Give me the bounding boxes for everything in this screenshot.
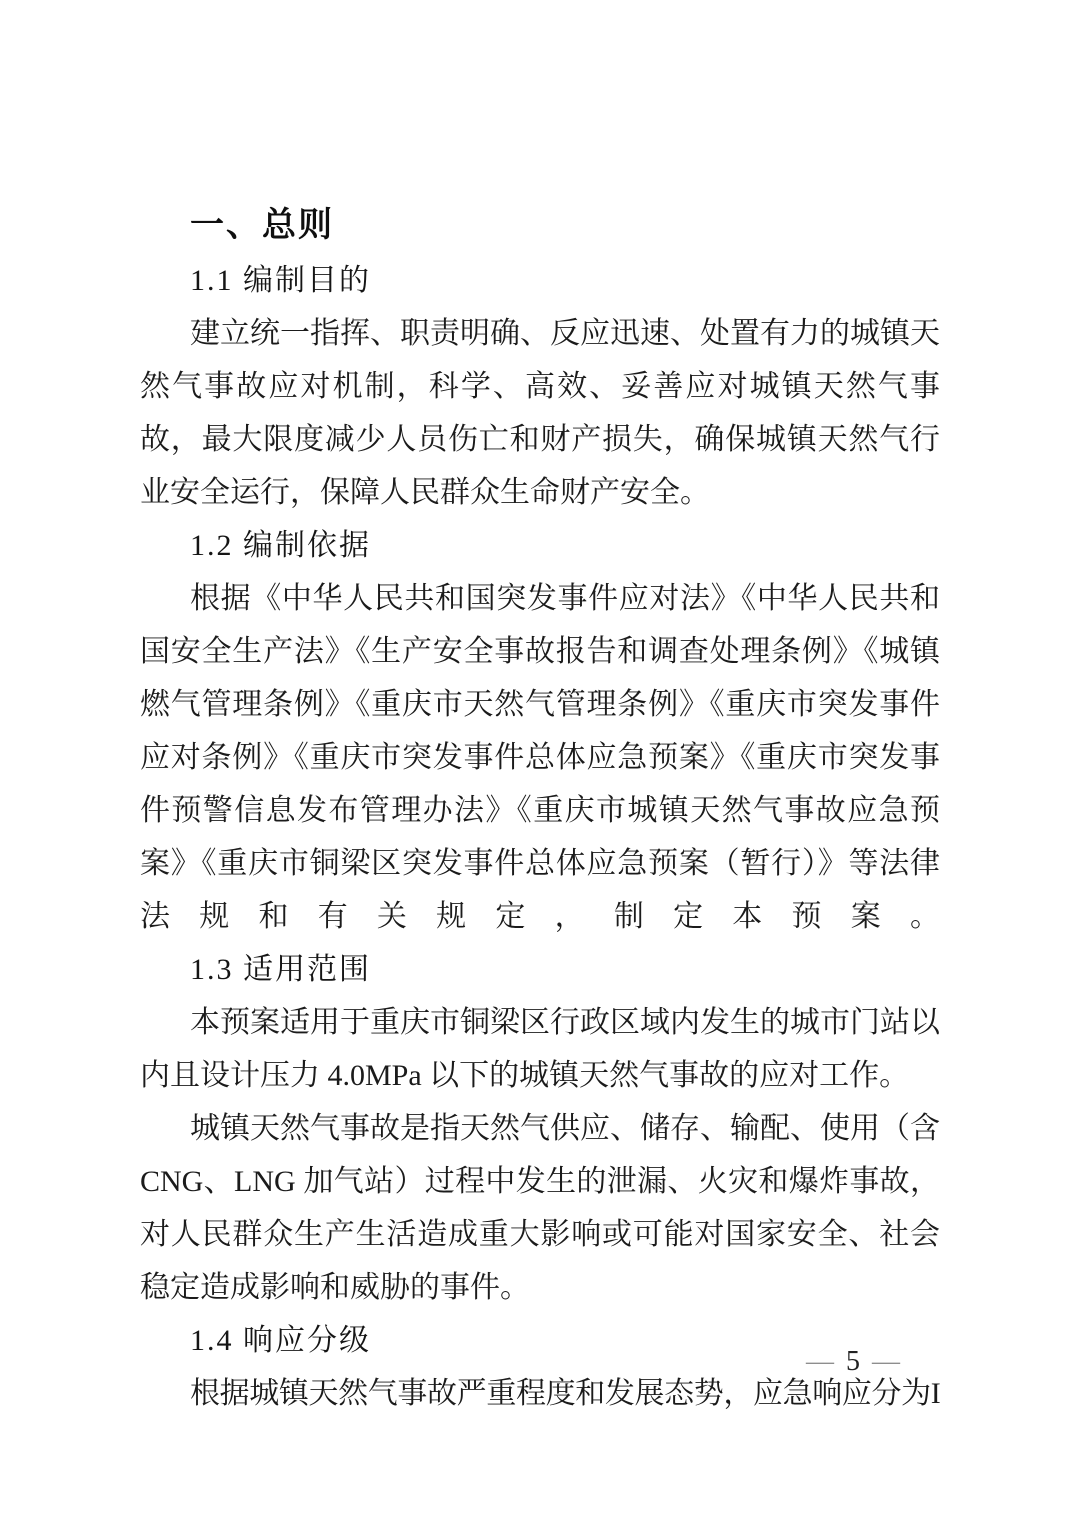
document-content: 一、总则1.1 编制目的建立统一指挥、职责明确、反应迅速、处置有力的城镇天然气事… [140,196,940,1420]
subsection-heading: 1.3 适用范围 [140,943,940,996]
document-page: { "document": { "blocks": [ { "type": "h… [0,0,1074,1520]
section-heading: 一、总则 [140,196,940,254]
paragraph: 建立统一指挥、职责明确、反应迅速、处置有力的城镇天然气事故应对机制，科学、高效、… [140,307,940,519]
subsection-heading: 1.2 编制依据 [140,519,940,572]
page-number-value: 5 [840,1346,872,1377]
page-number-left-dash: — [806,1346,840,1377]
page-background: 一、总则1.1 编制目的建立统一指挥、职责明确、反应迅速、处置有力的城镇天然气事… [0,0,1074,1520]
paragraph: 本预案适用于重庆市铜梁区行政区域内发生的城市门站以内且设计压力 4.0MPa 以… [140,996,940,1102]
page-number-right-dash: — [872,1346,906,1377]
paragraph: 城镇天然气事故是指天然气供应、储存、输配、使用（含 CNG、LNG 加气站）过程… [140,1102,940,1314]
paragraph: 根据《中华人民共和国突发事件应对法》《中华人民共和国安全生产法》《生产安全事故报… [140,572,940,943]
subsection-heading: 1.1 编制目的 [140,254,940,307]
page-number: —5— [806,1345,906,1379]
